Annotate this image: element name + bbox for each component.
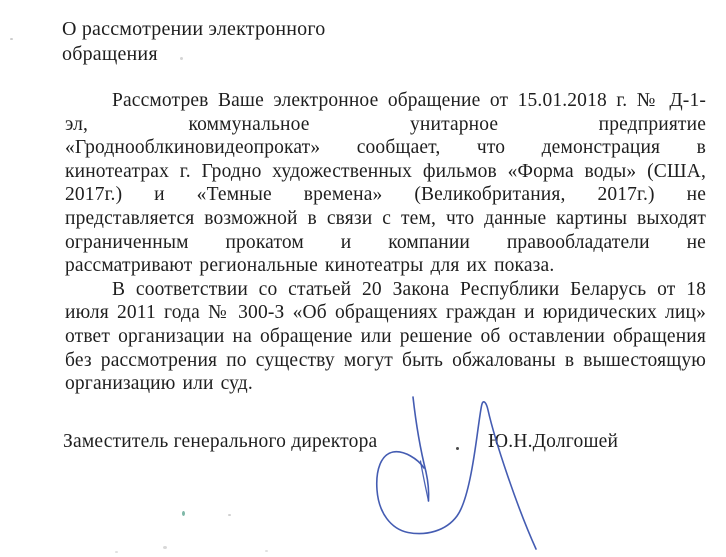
signature-position-label: Заместитель генерального директора bbox=[63, 431, 377, 453]
scan-noise-dot bbox=[10, 38, 13, 40]
text-line: организацию или суд. bbox=[65, 372, 706, 396]
text-line: эл, коммунальное унитарное предприятие bbox=[65, 113, 706, 137]
scan-noise-dot bbox=[228, 514, 231, 516]
signature-name: Ю.Н.Долгошей bbox=[488, 431, 618, 453]
text-line: «Гроднооблкиновидеопрокат» сообщает, что… bbox=[65, 136, 706, 160]
text-line: ответ организации на обращение или решен… bbox=[65, 325, 706, 349]
text-line: ограниченным прокатом и компании правооб… bbox=[65, 231, 706, 255]
signature-stroke bbox=[377, 402, 536, 549]
scan-noise-dot bbox=[180, 57, 183, 60]
signature-stroke bbox=[413, 397, 429, 501]
scan-noise-dot bbox=[182, 511, 185, 516]
text-line: 2017г.) и «Темные времена» (Великобритан… bbox=[65, 183, 706, 207]
text-line: В соответствии со статьей 20 Закона Респ… bbox=[65, 278, 706, 302]
scan-noise-dot bbox=[456, 447, 459, 450]
text-line: без рассмотрения по существу могут быть … bbox=[65, 349, 706, 373]
text-line: июля 2011 года № 300-З «Об обращениях гр… bbox=[65, 301, 706, 325]
scan-noise-dot bbox=[115, 551, 118, 553]
text-line: Рассмотрев Ваше электронное обращение от… bbox=[65, 89, 706, 113]
title-line: обращения bbox=[62, 42, 392, 67]
text-line: кинотеатрах г. Гродно художественных фил… bbox=[65, 160, 706, 184]
text-line: рассматривают региональные кинотеатры дл… bbox=[65, 254, 706, 278]
scan-noise-dot bbox=[265, 550, 268, 552]
document-title: О рассмотрении электронного обращения bbox=[62, 17, 392, 66]
signature-stroke bbox=[421, 461, 429, 501]
letter-body: Рассмотрев Ваше электронное обращение от… bbox=[65, 89, 706, 396]
title-line: О рассмотрении электронного bbox=[62, 17, 392, 42]
text-line: представляется возможной в связи с тем, … bbox=[65, 207, 706, 231]
scanned-letter-page: О рассмотрении электронного обращения Ра… bbox=[0, 0, 726, 557]
scan-noise-dot bbox=[163, 546, 167, 549]
